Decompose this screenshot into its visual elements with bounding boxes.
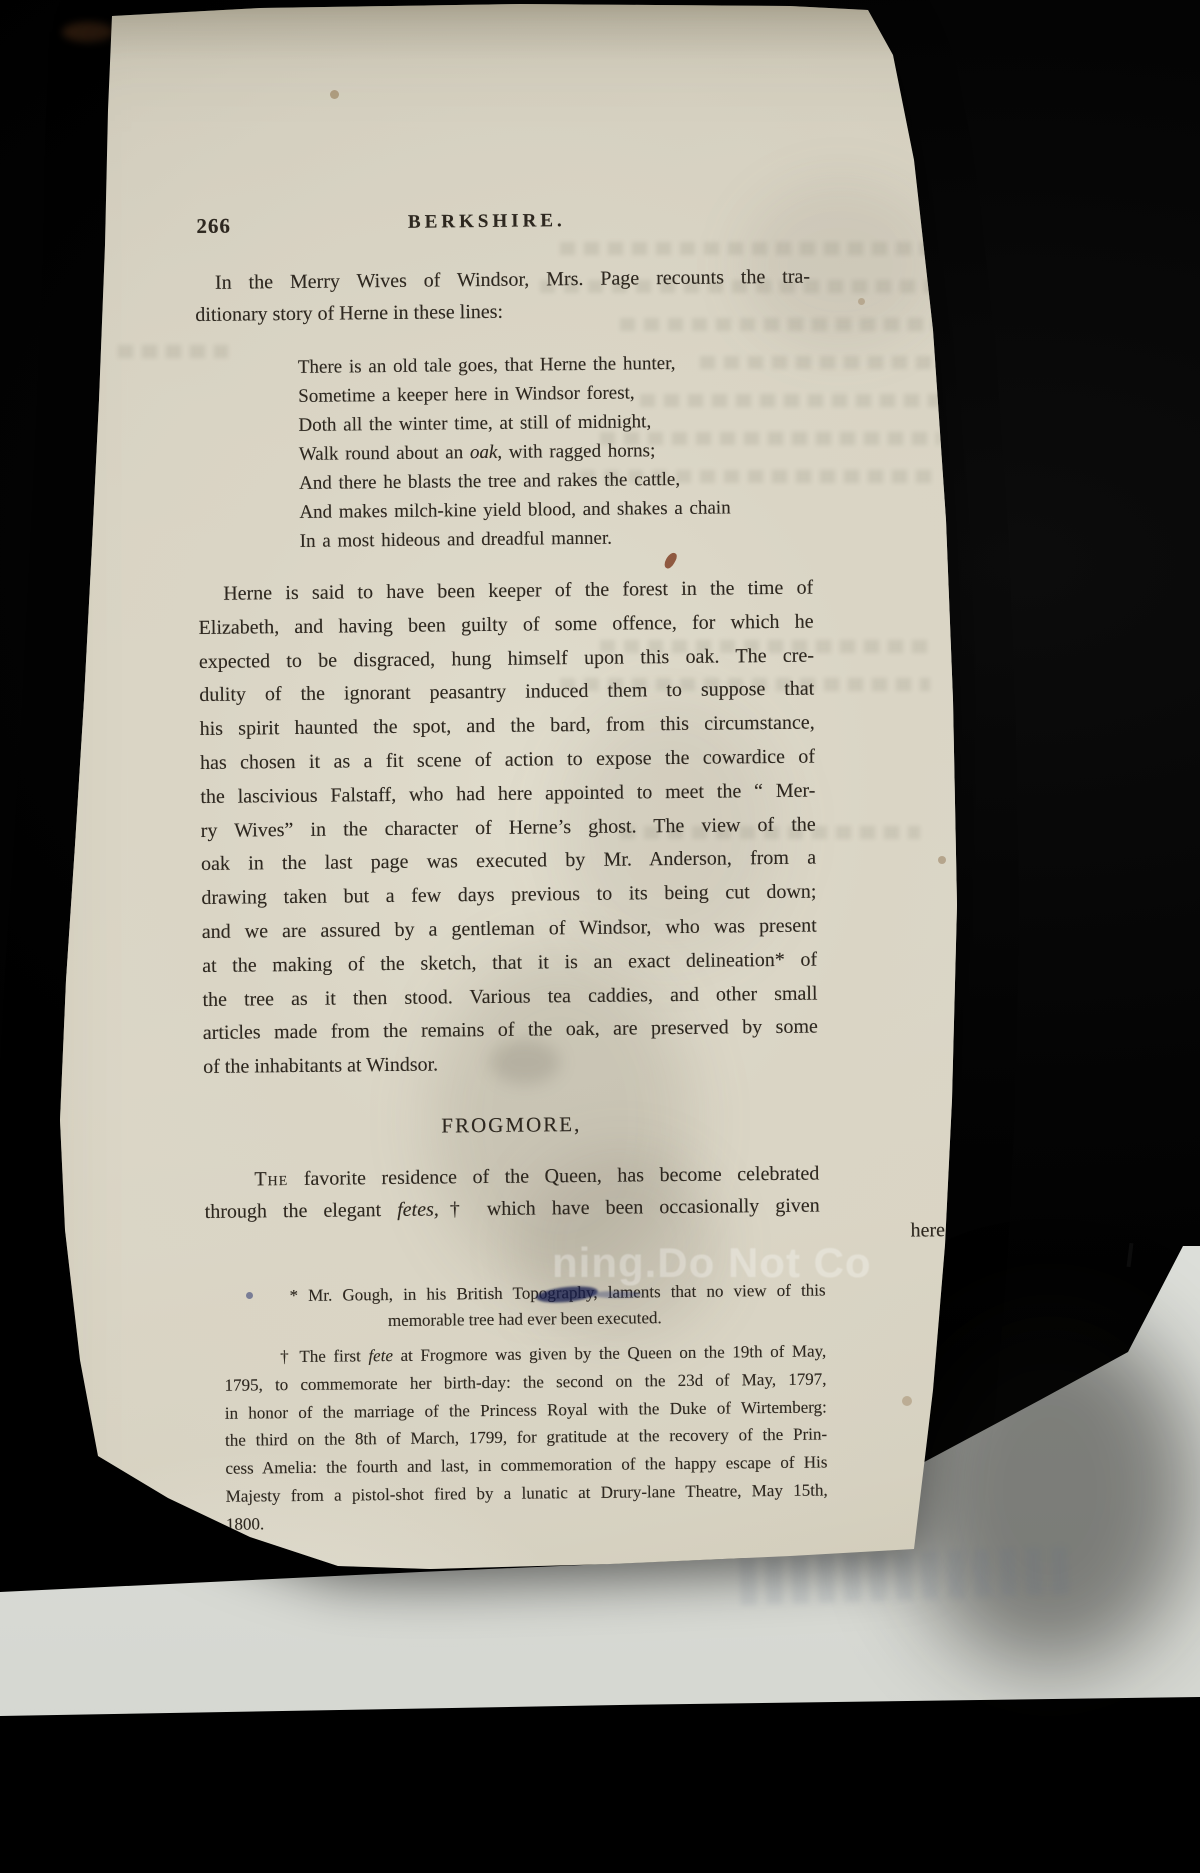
- text-line: ditionary story of Herne in these lines:: [195, 293, 810, 331]
- page-header: 266 BERKSHIRE.: [194, 208, 809, 246]
- text-segment-italic: fetes,: [397, 1198, 439, 1220]
- text-line: of the inhabitants at Windsor.: [203, 1045, 818, 1085]
- page-text: 266 BERKSHIRE. In the Merry Wives of Win…: [192, 0, 824, 1600]
- frogmore-paragraph: The favorite residence of the Queen, has…: [204, 1158, 820, 1228]
- foxing-spot: [902, 1396, 912, 1406]
- book-page: 266 BERKSHIRE. In the Merry Wives of Win…: [0, 0, 1200, 1873]
- foxing-spot: [938, 856, 946, 864]
- herne-paragraph: Herne is said to have been keeper of the…: [198, 572, 818, 1085]
- photo-stage: 266 BERKSHIRE. In the Merry Wives of Win…: [0, 0, 1200, 1873]
- ink-speck: [246, 1292, 253, 1299]
- ink-streak: [590, 1291, 642, 1298]
- footnote-segment-italic: fete: [368, 1346, 393, 1365]
- footnote-dagger: † The first fete at Frogmore was given b…: [224, 1337, 828, 1538]
- poem-quote: There is an old tale goes, that Herne th…: [298, 348, 813, 556]
- foxing-spot: [858, 298, 865, 305]
- poem-segment: , with ragged horns;: [497, 440, 655, 463]
- poem-segment-italic: oak: [470, 442, 498, 463]
- footnote-segment: at Frogmore was given by the Queen on th…: [393, 1341, 826, 1365]
- intro-paragraph: In the Merry Wives of Windsor, Mrs. Page…: [195, 261, 811, 331]
- footnote-line: memorable tree had ever been executed.: [224, 1303, 826, 1335]
- small-caps-word: The: [254, 1168, 288, 1190]
- poem-segment: Walk round about an: [299, 442, 470, 465]
- poem-line: In a most hideous and dreadful manner.: [300, 522, 813, 556]
- text-segment: favorite residence of the Queen, has bec…: [288, 1163, 819, 1191]
- text-line: through the elegant fetes,† which have b…: [205, 1190, 820, 1228]
- footnote-segment: † The first: [280, 1346, 368, 1366]
- section-heading: FROGMORE,: [204, 1106, 819, 1144]
- running-head: BERKSHIRE.: [194, 208, 779, 236]
- paper: 266 BERKSHIRE. In the Merry Wives of Win…: [0, 0, 1200, 1873]
- watermark: ning.Do Not Co: [552, 1238, 1112, 1290]
- text-segment: through the elegant: [205, 1199, 398, 1223]
- footnote-line: 1800.: [226, 1504, 828, 1538]
